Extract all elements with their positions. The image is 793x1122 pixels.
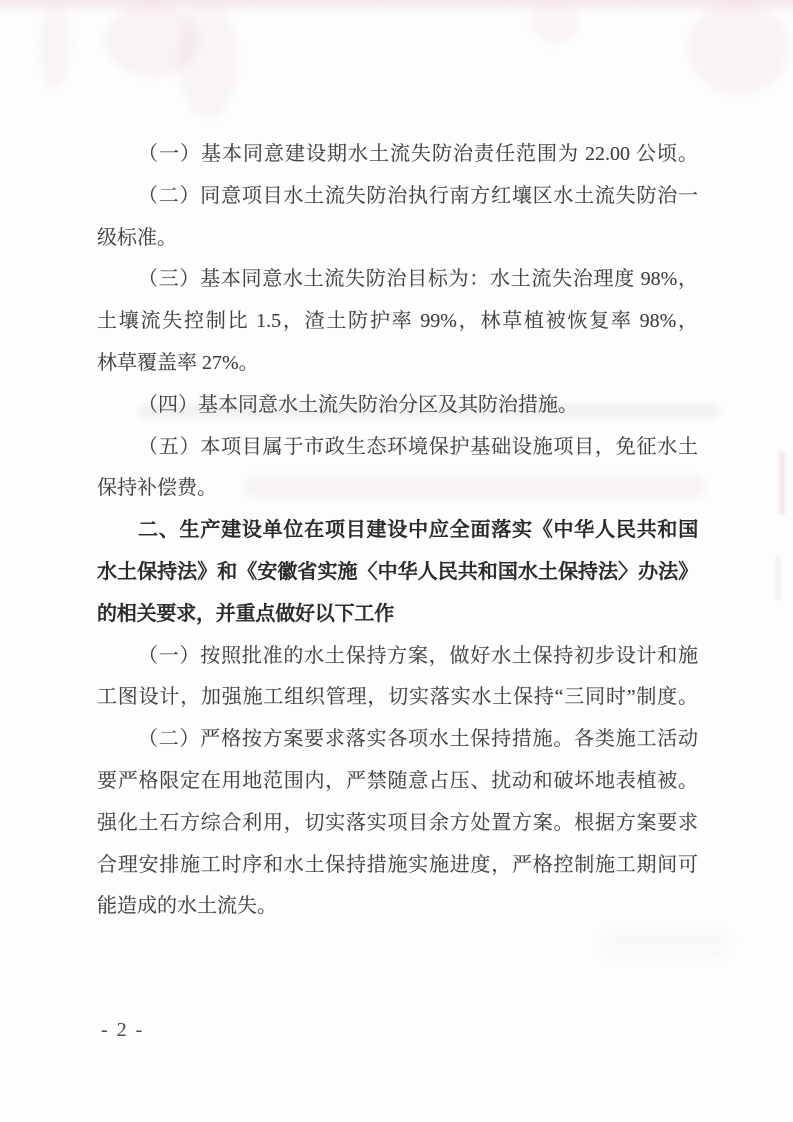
scan-artifact-blotch bbox=[178, 0, 238, 120]
text-line: 强化土石方综合利用，切实落实项目余方处置方案。根据方案要求 bbox=[97, 803, 698, 845]
scan-artifact-blotch bbox=[105, 2, 200, 77]
scan-artifact-blotch bbox=[40, 0, 70, 90]
text-line: 二、生产建设单位在项目建设中应全面落实《中华人民共和国 bbox=[97, 510, 698, 552]
scan-artifact-ghost-text bbox=[600, 928, 730, 958]
text-line: （一）基本同意建设期水土流失防治责任范围为 22.00 公顷。 bbox=[97, 134, 698, 176]
scan-artifact-blotch bbox=[530, 0, 580, 45]
text-line: 级标准。 bbox=[97, 218, 698, 260]
paragraph: （五）本项目属于市政生态环境保护基础设施项目，免征水土保持补偿费。 bbox=[97, 427, 698, 511]
paragraph: （二）严格按方案要求落实各项水土保持措施。各类施工活动要严格限定在用地范围内，严… bbox=[97, 719, 698, 928]
text-line: 要严格限定在用地范围内，严禁随意占压、扰动和破坏地表植被。 bbox=[97, 761, 698, 803]
scan-artifact-edge-mark bbox=[776, 556, 780, 600]
document-body: （一）基本同意建设期水土流失防治责任范围为 22.00 公顷。（二）同意项目水土… bbox=[97, 134, 698, 928]
paragraph: 二、生产建设单位在项目建设中应全面落实《中华人民共和国水土保持法》和《安徽省实施… bbox=[97, 510, 698, 635]
paragraph: （三）基本同意水土流失防治目标为：水土流失治理度 98%，土壤流失控制比 1.5… bbox=[97, 259, 698, 384]
text-line: （五）本项目属于市政生态环境保护基础设施项目，免征水土 bbox=[97, 427, 698, 469]
text-line: 水土保持法》和《安徽省实施〈中华人民共和国水土保持法〉办法》 bbox=[97, 552, 698, 594]
text-line: 能造成的水土流失。 bbox=[97, 886, 698, 928]
page-number: - 2 - bbox=[101, 1019, 144, 1042]
text-line: 的相关要求，并重点做好以下工作 bbox=[97, 594, 698, 636]
text-line: （二）同意项目水土流失防治执行南方红壤区水土流失防治一 bbox=[97, 176, 698, 218]
document-page: （一）基本同意建设期水土流失防治责任范围为 22.00 公顷。（二）同意项目水土… bbox=[0, 0, 793, 1122]
scan-artifact-top-band bbox=[0, 0, 793, 14]
text-line: （一）按照批准的水土保持方案，做好水土保持初步设计和施 bbox=[97, 636, 698, 678]
text-line: （二）严格按方案要求落实各项水土保持措施。各类施工活动 bbox=[97, 719, 698, 761]
paragraph: （四）基本同意水土流失防治分区及其防治措施。 bbox=[97, 385, 698, 427]
scan-artifact-blotch bbox=[688, 0, 788, 95]
text-line: （三）基本同意水土流失防治目标为：水土流失治理度 98%， bbox=[97, 259, 698, 301]
text-line: 保持补偿费。 bbox=[97, 468, 698, 510]
text-line: （四）基本同意水土流失防治分区及其防治措施。 bbox=[97, 385, 698, 427]
scan-artifact-edge-mark bbox=[779, 452, 785, 514]
text-line: 林草覆盖率 27%。 bbox=[97, 343, 698, 385]
text-line: 工图设计，加强施工组织管理，切实落实水土保持“三同时”制度。 bbox=[97, 677, 698, 719]
paragraph: （一）按照批准的水土保持方案，做好水土保持初步设计和施工图设计，加强施工组织管理… bbox=[97, 636, 698, 720]
text-line: 合理安排施工时序和水土保持措施实施进度，严格控制施工期间可 bbox=[97, 845, 698, 887]
paragraph: （一）基本同意建设期水土流失防治责任范围为 22.00 公顷。 bbox=[97, 134, 698, 176]
text-line: 土壤流失控制比 1.5，渣土防护率 99%，林草植被恢复率 98%， bbox=[97, 301, 698, 343]
paragraph: （二）同意项目水土流失防治执行南方红壤区水土流失防治一级标准。 bbox=[97, 176, 698, 260]
